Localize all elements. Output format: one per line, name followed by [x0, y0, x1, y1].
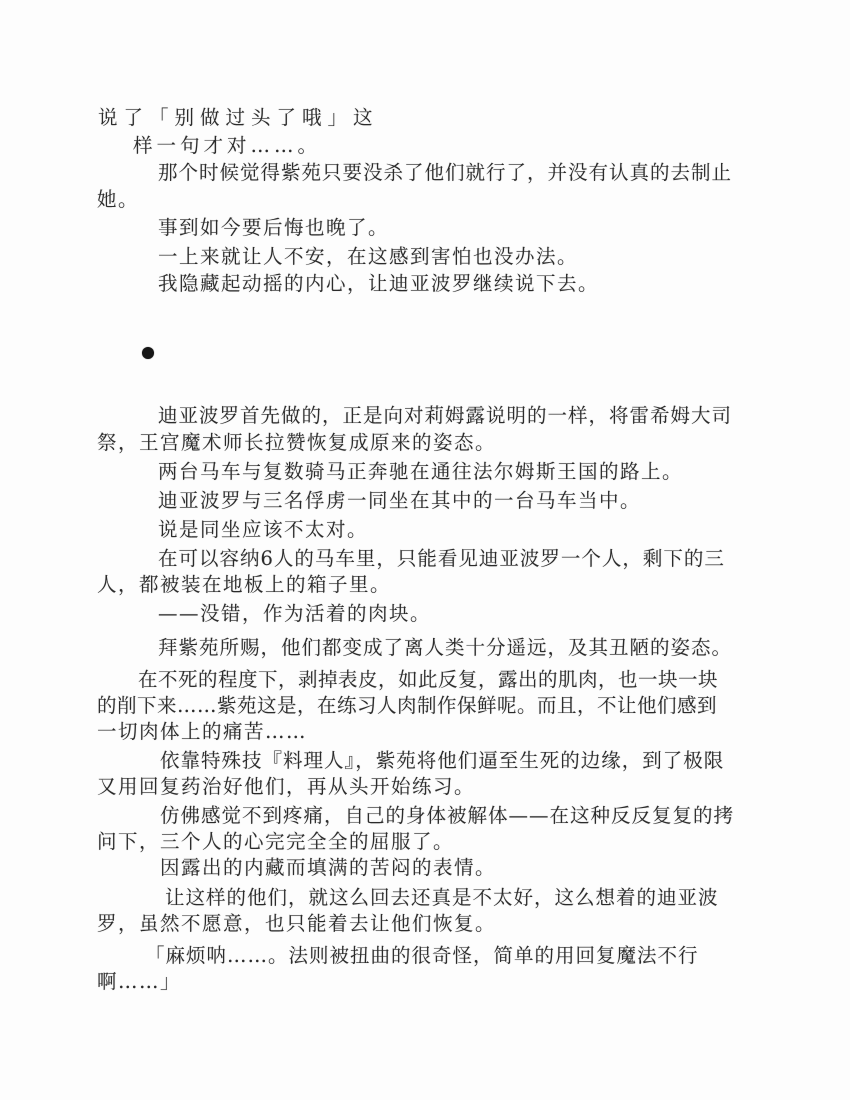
text-line-6: 一上来就让人不安，在这感到害怕也没办法。: [158, 245, 578, 269]
text-line-14: 人，都被装在地板上的箱子里。: [97, 573, 391, 597]
text-line-7: 我隐藏起动摇的内心，让迪亚波罗继续说下去。: [158, 272, 599, 296]
text-line-27: 「麻烦呐……。法则被扭曲的很奇怪，简单的用回复魔法不行: [145, 944, 699, 968]
text-line-17: 在不死的程度下，剥掉表皮，如此反复，露出的肌肉，也一块一块: [138, 668, 718, 692]
section-break-bullet-icon: [142, 347, 154, 359]
text-line-28: 啊……」: [97, 970, 181, 994]
text-line-26: 罗，虽然不愿意，也只能着去让他们恢复。: [97, 912, 496, 936]
text-line-24: 因露出的内藏而填满的苦闷的表情。: [160, 856, 496, 880]
text-line-22: 仿佛感觉不到疼痛，自己的身体被解体——在这种反反复复的拷: [160, 804, 734, 828]
text-line-18: 的削下来……紫苑这是，在练习人肉制作保鲜呢。而且，不让他们感到: [97, 694, 717, 718]
text-line-15: ——没错，作为活着的肉块。: [158, 602, 431, 626]
text-line-12: 说是同坐应该不太对。: [158, 518, 368, 542]
text-line-3: 那个时候觉得紫苑只要没杀了他们就行了，并没有认真的去制止: [158, 161, 732, 185]
text-line-10: 两台马车与复数骑马正奔驰在通往法尔姆斯王国的路上。: [158, 460, 683, 484]
text-line-19: 一切肉体上的痛苦……: [97, 720, 307, 744]
text-line-13: 在可以容纳6人的马车里，只能看见迪亚波罗一个人，剩下的三: [158, 547, 725, 571]
text-line-16: 拜紫苑所赐，他们都变成了离人类十分遥远，及其丑陋的姿态。: [158, 636, 732, 660]
text-line-11: 迪亚波罗与三名俘虏一同坐在其中的一台马车当中。: [158, 489, 641, 513]
document-page: 说了「别做过头了哦」这样一句才对……。那个时候觉得紫苑只要没杀了他们就行了，并没…: [0, 0, 850, 1100]
text-line-2: 样一句才对……。: [133, 134, 321, 158]
text-line-5: 事到如今要后悔也晚了。: [158, 216, 389, 240]
text-line-20: 依靠特殊技『料理人』，紫苑将他们逼至生死的边缘，到了极限: [160, 749, 724, 773]
text-line-1: 说了「别做过头了哦」这: [98, 106, 379, 130]
text-line-8: 迪亚波罗首先做的，正是向对莉姆露说明的一样，将雷希姆大司: [158, 404, 732, 428]
text-line-21: 又用回复药治好他们，再从头开始练习。: [97, 775, 475, 799]
text-line-9: 祭，王宫魔术师长拉赞恢复成原来的姿态。: [97, 431, 496, 455]
text-line-4: 她。: [97, 188, 139, 212]
text-line-25: 让这样的他们，就这么回去还真是不太好，这么想着的迪亚波: [165, 886, 719, 910]
text-line-23: 问下，三个人的心完完全全的屈服了。: [97, 830, 454, 854]
